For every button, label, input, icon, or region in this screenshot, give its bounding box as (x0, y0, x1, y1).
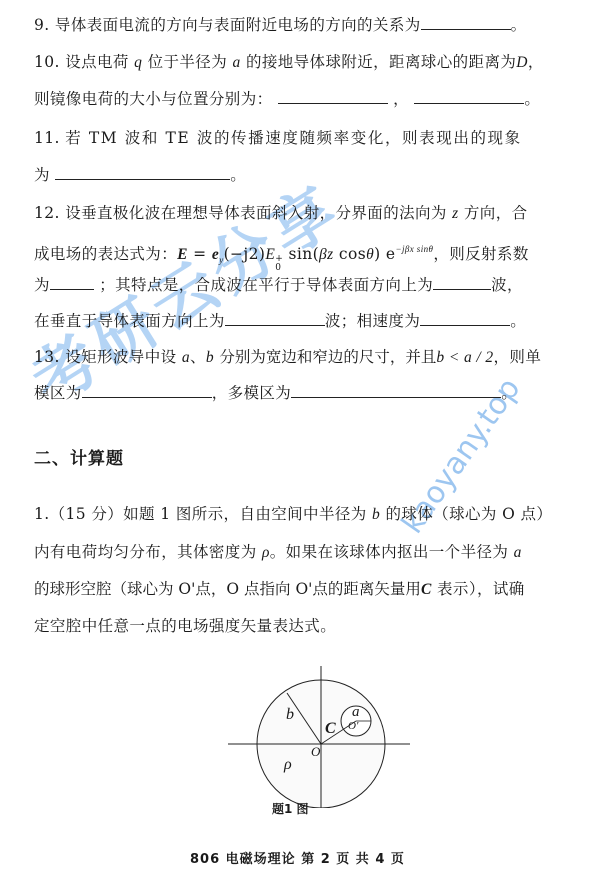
label-rho: ρ (284, 756, 292, 774)
question-text: ，则单 (494, 348, 542, 366)
question-text: 成电场的表达式为： (34, 245, 177, 263)
question-number: 10. (34, 53, 60, 71)
question-text: 为 (34, 166, 50, 184)
formula-coef: (−j2) (224, 245, 266, 263)
question-text: 设矩形波导中设 (65, 348, 176, 366)
question-12-line3: 为 ；其特点是，合成波在平行于导体表面方向上为波， (34, 274, 594, 296)
question-text: 的球形空腔（球心为 O'点，O 点指向 O'点的距离矢量用 (34, 580, 421, 598)
question-text: 表示），试确 (437, 580, 525, 598)
formula-exp-base: ) e (374, 245, 395, 263)
answer-blank-magnitude[interactable] (278, 89, 388, 104)
question-text: 导体表面电流的方向与表面附近电场的方向的关系为 (55, 16, 421, 34)
answer-blank[interactable] (55, 165, 230, 180)
question-number: 13. (34, 348, 60, 366)
question-text: ；其特点是，合成波在平行于导体表面方向上为 (99, 276, 433, 294)
label-a: a (352, 704, 360, 721)
question-13-line2: 模区为，多模区为。 (34, 382, 594, 404)
variable-z: z (452, 205, 458, 222)
formula-cos: cos (334, 245, 367, 263)
label-C: C (325, 720, 336, 738)
punctuation: 。 (524, 90, 540, 108)
variable-D: D (516, 54, 528, 71)
question-text: 分别为宽边和窄边的尺寸，并且 (219, 348, 436, 366)
variable-q: q (134, 54, 142, 71)
variable-b: b (206, 349, 214, 366)
question-text: ，多模区为 (212, 384, 292, 402)
question-text: 。如果在该球体内抠出一个半径为 (270, 543, 509, 561)
formula-sin: sin( (283, 245, 319, 263)
answer-blank-position[interactable] (414, 89, 524, 104)
formula-exponent: −jβx sinθ (395, 244, 433, 254)
answer-blank-parallel[interactable] (433, 275, 491, 290)
question-10-line2: 则镜像电荷的大小与位置分别为： ， 。 (34, 88, 594, 110)
formula-eq: = (188, 245, 212, 263)
answer-blank-reflection[interactable] (50, 275, 94, 290)
question-text: 若 TM 波和 TE 波的传播速度随频率变化，则表现出的现象 (65, 129, 522, 147)
question-12-line2: 成电场的表达式为：E = ey(−j2)E+0 sin(βz cosθ) e−j… (34, 238, 594, 273)
question-text: 定空腔中任意一点的电场强度矢量表达式。 (34, 617, 336, 635)
calc-question-1-line4: 定空腔中任意一点的电场强度矢量表达式。 (34, 615, 594, 637)
question-13-line1: 13. 设矩形波导中设 a、b 分别为宽边和窄边的尺寸，并且b < a / 2，… (34, 346, 594, 369)
question-10-line1: 10. 设点电荷 q 位于半径为 a 的接地导体球附近，距离球心的距离为D， (34, 51, 594, 74)
question-text: ，则反射系数 (433, 245, 528, 263)
question-text: 波；相速度为 (325, 312, 420, 330)
label-b: b (286, 706, 294, 724)
section-title: 二、计算题 (34, 444, 124, 469)
figure-caption: 题1 图 (272, 800, 309, 817)
formula-theta: θ (366, 246, 374, 263)
question-text: 的接地导体球附近，距离球心的距离为 (246, 53, 516, 71)
answer-blank-single-mode[interactable] (82, 383, 212, 398)
question-text: 波， (491, 276, 523, 294)
question-text: 1.（15 分）如题 1 图所示，自由空间中半径为 (34, 505, 367, 523)
label-O-prime: O' (348, 720, 358, 732)
formula-E: E (177, 246, 188, 263)
punctuation: ， (393, 90, 409, 108)
answer-blank-multi-mode[interactable] (291, 383, 501, 398)
question-text: 位于半径为 (148, 53, 228, 71)
question-text: 则镜像电荷的大小与位置分别为： (34, 90, 273, 108)
exam-page: 考研云分享 kaoyany.top 9. 导体表面电流的方向与表面附近电场的方向… (0, 0, 614, 881)
question-number: 9. (34, 16, 50, 34)
punctuation: 。 (511, 16, 527, 34)
calc-question-1-line3: 的球形空腔（球心为 O'点，O 点指向 O'点的距离矢量用C 表示），试确 (34, 578, 594, 601)
answer-blank[interactable] (421, 15, 511, 30)
question-12-line1: 12. 设垂直极化波在理想导体表面斜入射，分界面的法向为 z 方向，合 (34, 202, 594, 225)
variable-C: C (421, 581, 432, 598)
question-number: 11. (34, 129, 60, 147)
question-text: 内有电荷均匀分布，其体密度为 (34, 543, 257, 561)
variable-a: a (514, 544, 522, 561)
question-text: 方向，合 (464, 204, 528, 222)
question-11-line2: 为 。 (34, 164, 594, 186)
punctuation: 。 (510, 312, 526, 330)
formula-E0: E (265, 246, 275, 263)
calc-question-1-line1: 1.（15 分）如题 1 图所示，自由空间中半径为 b 的球体（球心为 O 点） (34, 503, 594, 526)
question-11-line1: 11. 若 TM 波和 TE 波的传播速度随频率变化，则表现出的现象 (34, 127, 594, 149)
formula-beta: βz (319, 246, 334, 263)
question-9: 9. 导体表面电流的方向与表面附近电场的方向的关系为。 (34, 14, 594, 36)
question-text: 模区为 (34, 384, 82, 402)
question-text: 设垂直极化波在理想导体表面斜入射，分界面的法向为 (65, 204, 447, 222)
question-text: 为 (34, 276, 50, 294)
variable-a: a (232, 54, 240, 71)
question-number: 12. (34, 204, 60, 222)
question-12-line4: 在垂直于导体表面方向上为波；相速度为。 (34, 310, 594, 332)
punctuation: ， (528, 53, 544, 71)
calc-question-1-line2: 内有电荷均匀分布，其体密度为 ρ。如果在该球体内抠出一个半径为 a (34, 541, 594, 564)
formula-sub: 0 (275, 264, 283, 273)
answer-blank-phase-velocity[interactable] (420, 311, 510, 326)
answer-blank-perpendicular[interactable] (225, 311, 325, 326)
question-text: 的球体（球心为 O 点） (385, 505, 552, 523)
punctuation: 、 (190, 348, 206, 366)
formula: E = ey(−j2)E+0 sin(βz cosθ) e−jβx sinθ (177, 245, 433, 263)
figure-sphere-cavity: b ρ C O a O' (228, 660, 428, 808)
label-O: O (311, 744, 320, 760)
punctuation: 。 (501, 384, 517, 402)
condition: b < a / 2 (436, 349, 493, 366)
question-text: 设点电荷 (65, 53, 129, 71)
variable-a: a (182, 349, 190, 366)
page-footer: 806 电磁场理论 第 2 页 共 4 页 (190, 848, 405, 867)
variable-rho: ρ (262, 544, 270, 561)
punctuation: 。 (230, 166, 246, 184)
variable-b: b (372, 506, 380, 523)
question-text: 在垂直于导体表面方向上为 (34, 312, 225, 330)
